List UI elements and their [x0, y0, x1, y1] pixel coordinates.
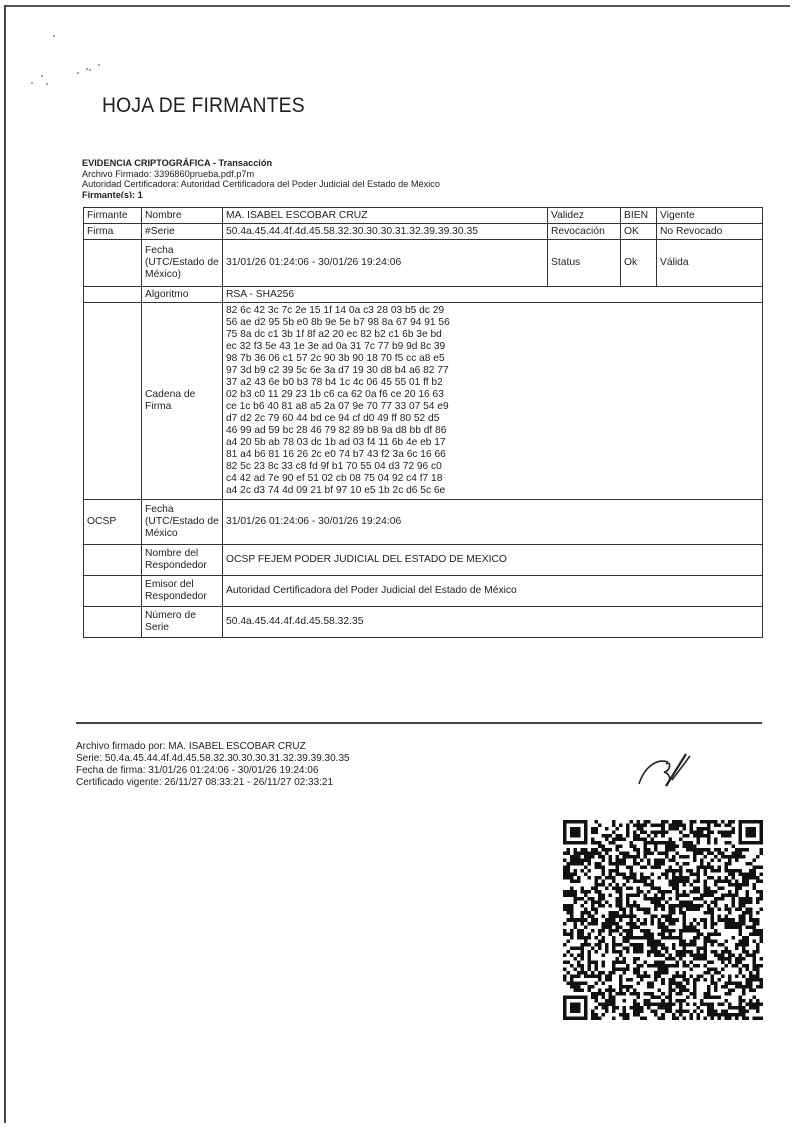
- table-row: Firma #Serie 50.4a.45.44.4f.4d.45.58.32.…: [84, 224, 763, 240]
- empty-cell: [84, 545, 142, 576]
- signer-count: Firmante(s): 1: [82, 190, 440, 198]
- status-label: Status: [548, 240, 621, 287]
- evidence-header: EVIDENCIA CRIPTOGRÁFICA - Transacción Ar…: [82, 158, 440, 198]
- empty-cell: [84, 576, 142, 607]
- validez-code: BIEN: [621, 208, 657, 224]
- page-border-top: [4, 5, 790, 7]
- table-row: Nombre del Respondedor OCSP FEJEM PODER …: [84, 545, 763, 576]
- revocacion-code: OK: [621, 224, 657, 240]
- certifying-authority: Autoridad Certificadora: Autoridad Certi…: [82, 179, 440, 190]
- empty-cell: [84, 607, 142, 638]
- revocacion-value: No Revocado: [657, 224, 763, 240]
- table-row: OCSP Fecha (UTC/Estado de México 31/01/2…: [84, 500, 763, 545]
- status-code: Ok: [621, 240, 657, 287]
- serie-label: #Serie: [142, 224, 223, 240]
- empty-cell: [84, 303, 142, 500]
- nombre-value: MA. ISABEL ESCOBAR CRUZ: [223, 208, 548, 224]
- evidence-table: Firmante Nombre MA. ISABEL ESCOBAR CRUZ …: [83, 207, 763, 638]
- page-title: HOJA DE FIRMANTES: [102, 94, 305, 118]
- ocsp-label: OCSP: [84, 500, 142, 545]
- table-row: Algoritmo RSA - SHA256: [84, 287, 763, 303]
- firma-label: Firma: [84, 224, 142, 240]
- evidence-heading: EVIDENCIA CRIPTOGRÁFICA - Transacción: [82, 158, 440, 169]
- serie-value: 50.4a.45.44.4f.4d.45.58.32.30.30.30.31.3…: [223, 224, 548, 240]
- responder-name-label: Nombre del Respondedor: [142, 545, 223, 576]
- signature-chain-hex: 82 6c 42 3c 7c 2e 15 1f 14 0a c3 28 03 b…: [223, 303, 763, 500]
- algoritmo-label: Algoritmo: [142, 287, 223, 303]
- fecha-value: 31/01/26 01:24:06 - 30/01/26 19:24:06: [223, 240, 548, 287]
- footer-serie: Serie: 50.4a.45.44.4f.4d.45.58.32.30.30.…: [76, 753, 350, 765]
- numero-serie-label: Número de Serie: [142, 607, 223, 638]
- empty-cell: [84, 287, 142, 303]
- cadena-label: Cadena de Firma: [142, 303, 223, 500]
- ocsp-fecha-value: 31/01/26 01:24:06 - 30/01/26 19:24:06: [223, 500, 763, 545]
- fecha-label: Fecha (UTC/Estado de México): [142, 240, 223, 287]
- table-row: Fecha (UTC/Estado de México) 31/01/26 01…: [84, 240, 763, 287]
- signing-date: Fecha de firma: 31/01/26 01:24:06 - 30/0…: [76, 765, 350, 777]
- nombre-label: Nombre: [142, 208, 223, 224]
- qr-code-icon: [563, 820, 763, 1020]
- firmante-label: Firmante: [84, 208, 142, 224]
- responder-issuer-label: Emisor del Respondedor: [142, 576, 223, 607]
- signed-by: Archivo firmado por: MA. ISABEL ESCOBAR …: [76, 741, 350, 753]
- signed-file: Archivo Firmado: 3396860prueba.pdf.p7m: [82, 169, 440, 180]
- table-row: Cadena de Firma 82 6c 42 3c 7c 2e 15 1f …: [84, 303, 763, 500]
- table-row: Número de Serie 50.4a.45.44.4f.4d.45.58.…: [84, 607, 763, 638]
- page-border-left: [4, 5, 6, 1123]
- empty-cell: [84, 240, 142, 287]
- evidence-heading-rest: - Transacción: [210, 158, 272, 168]
- signature-footer: Archivo firmado por: MA. ISABEL ESCOBAR …: [76, 741, 350, 789]
- algoritmo-value: RSA - SHA256: [223, 287, 763, 303]
- validez-label: Validez: [548, 208, 621, 224]
- evidence-heading-bold: EVIDENCIA CRIPTOGRÁFICA: [82, 158, 210, 168]
- validez-value: Vigente: [657, 208, 763, 224]
- responder-issuer-value: Autoridad Certificadora del Poder Judici…: [223, 576, 763, 607]
- table-row: Emisor del Respondedor Autoridad Certifi…: [84, 576, 763, 607]
- table-row: Firmante Nombre MA. ISABEL ESCOBAR CRUZ …: [84, 208, 763, 224]
- ocsp-fecha-label: Fecha (UTC/Estado de México: [142, 500, 223, 545]
- numero-serie-value: 50.4a.45.44.4f.4d.45.58.32.35: [223, 607, 763, 638]
- revocacion-label: Revocación: [548, 224, 621, 240]
- status-value: Válida: [657, 240, 763, 287]
- responder-name-value: OCSP FEJEM PODER JUDICIAL DEL ESTADO DE …: [223, 545, 763, 576]
- handwritten-signature-icon: [636, 750, 696, 790]
- certificate-validity: Certificado vigente: 26/11/27 08:33:21 -…: [76, 777, 350, 789]
- divider: [76, 722, 762, 724]
